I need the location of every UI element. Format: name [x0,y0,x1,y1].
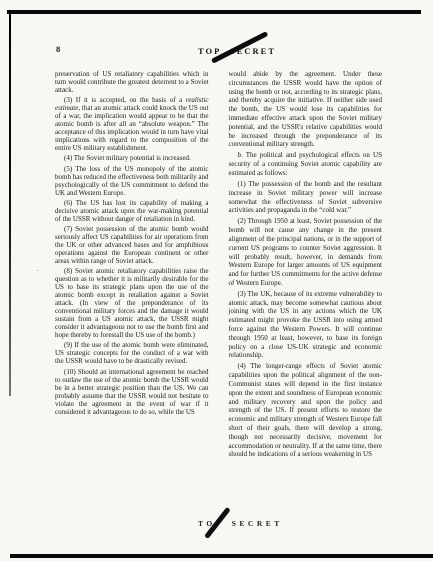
paragraph: (2) Through 1950 at least, Soviet posses… [229,217,383,287]
paragraph: (4) The Soviet military potential is inc… [55,154,209,162]
paragraph: b. The political and psychological effec… [229,151,383,177]
paragraph: (4) The longer-range effects of Soviet a… [229,362,383,459]
left-column: preservation of US retaliatory capabilit… [55,70,209,461]
document-page: 8 TOP SECRET preservation of US retaliat… [0,0,433,561]
paragraph: would abide by the agreement. Under thes… [229,70,383,149]
paragraph: (3) If it is accepted, on the basis of a… [55,96,209,152]
paragraph: (10) Should an international agreement b… [55,368,209,416]
paragraph: (1) The possession of the bomb and the r… [229,180,383,215]
paragraph: (9) If the use of the atomic bomb were e… [55,341,209,365]
paragraph: (5) The loss of the US monopoly of the a… [55,165,209,197]
scan-edge-top [7,10,421,14]
paragraph-text: that an atomic attack could knock the US… [55,104,209,152]
scan-speck [36,270,39,271]
paragraph-text: The political and psychological effects … [229,151,383,177]
page-number: 8 [56,44,61,54]
scan-edge-left [9,11,11,396]
paragraph: (7) Soviet possession of the atomic bomb… [55,225,209,265]
text-columns: preservation of US retaliatory capabilit… [55,70,382,461]
paragraph-text: (3) If it is accepted, on the basis of a [64,96,186,104]
right-column: would abide by the agreement. Under thes… [229,70,383,461]
paragraph: (6) The US has lost its capability of ma… [55,199,209,223]
scan-edge-bottom [10,554,433,558]
paragraph: (3) The UK, because of its extreme vulne… [229,290,383,360]
paragraph: (8) Soviet atomic retaliatory capabiliti… [55,267,209,339]
paragraph: preservation of US retaliatory capabilit… [55,70,209,94]
